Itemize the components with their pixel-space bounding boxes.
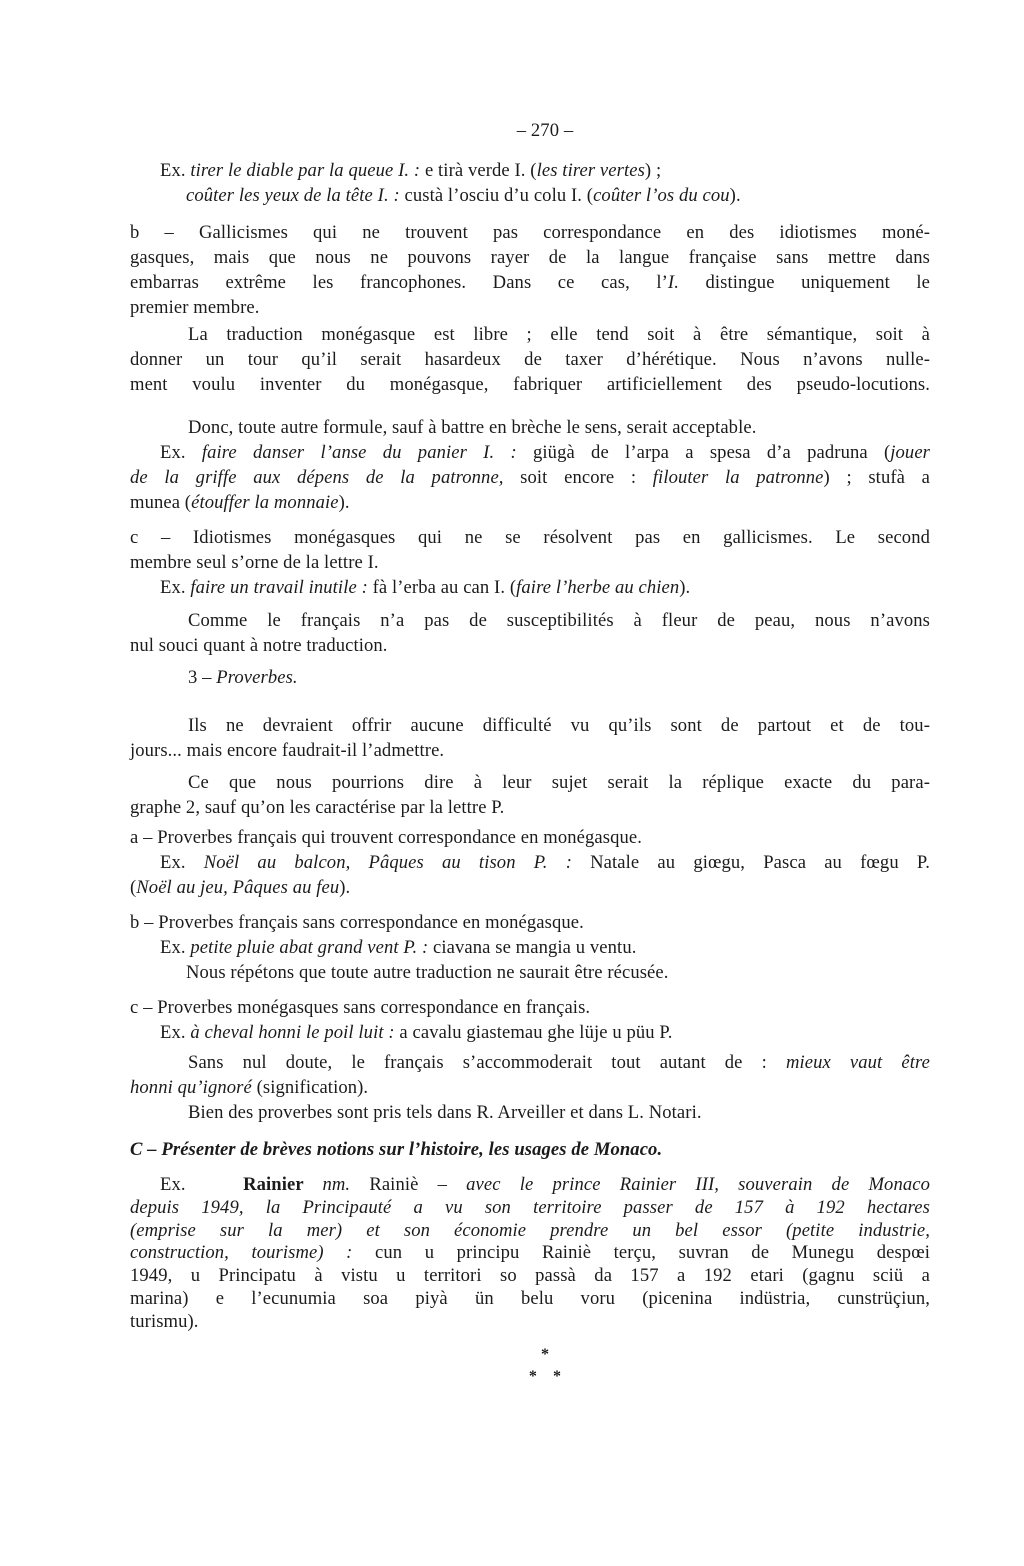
text-run: (signification).: [252, 1077, 368, 1098]
text-line: Ex. Rainier nm. Rainiè – avec le prince …: [130, 1174, 930, 1197]
text-run: Ex.: [160, 937, 190, 958]
text-run: e tirà verde I. (: [425, 160, 537, 181]
text-run: c – Idiotismes monégasques qui ne se rés…: [130, 527, 930, 548]
heading-proverbes: 3 – Proverbes.: [130, 665, 930, 690]
text-run: jours... mais encore faudrait-il l’admet…: [130, 740, 444, 761]
text-line: c – Idiotismes monégasques qui ne se rés…: [130, 525, 930, 550]
text-run: b – Proverbes français sans correspondan…: [130, 912, 584, 933]
text-run: coûter l’os du cou: [593, 185, 730, 206]
text-run: Ils ne devraient offrir aucune difficult…: [188, 715, 930, 736]
text-run: Noël au balcon, Pâques au tison P. :: [204, 852, 572, 873]
text-run: Ex.: [160, 1174, 243, 1195]
text-line: c – Proverbes monégasques sans correspon…: [130, 995, 930, 1020]
text-run: turismu).: [130, 1311, 199, 1332]
text-run: *: [541, 1346, 549, 1363]
text-run: Donc, toute autre formule, sauf à battre…: [188, 417, 756, 438]
text-run: tirer le diable par la queue I. :: [190, 160, 425, 181]
text-run: nm.: [322, 1174, 350, 1195]
text-line: a – Proverbes français qui trouvent corr…: [130, 825, 930, 850]
text-run: Ex.: [160, 442, 202, 463]
text-line: ment voulu inventer du monégasque, fabri…: [130, 372, 930, 397]
page-number: – 270 –: [130, 118, 930, 143]
text-run: donner un tour qu’il serait hasardeux de…: [130, 349, 930, 370]
text-run: petite pluie abat grand vent P. :: [190, 937, 428, 958]
text-run: ) ;: [645, 160, 661, 181]
para-gallicismes: b – Gallicismes qui ne trouvent pas corr…: [130, 220, 930, 320]
text-run: mieux vaut être: [786, 1052, 930, 1073]
text-run: I.: [668, 272, 679, 293]
text-run: membre seul s’orne de la lettre I.: [130, 552, 379, 573]
text-run: premier membre.: [130, 297, 260, 318]
item-proverbes-a: a – Proverbes français qui trouvent corr…: [130, 825, 930, 900]
para-difficulte: Ils ne devraient offrir aucune difficult…: [130, 713, 930, 763]
text-run: étouffer la monnaie: [191, 492, 339, 513]
text-run: b – Gallicismes qui ne trouvent pas corr…: [130, 222, 930, 243]
text-run: ment voulu inventer du monégasque, fabri…: [130, 374, 930, 395]
document-page: – 270 – Ex. tirer le diable par la queue…: [0, 0, 1024, 1566]
para-arveiller-notari: Bien des proverbes sont pris tels dans R…: [130, 1100, 930, 1125]
example-idioms: Ex. tirer le diable par la queue I. : e …: [130, 158, 930, 208]
text-line: C – Présenter de brèves notions sur l’hi…: [130, 1137, 930, 1162]
text-run: La traduction monégasque est libre ; ell…: [188, 324, 930, 345]
text-run: construction, tourisme) :: [130, 1242, 352, 1263]
text-run: filouter la patronne: [653, 467, 824, 488]
text-line: graphe 2, sauf qu’on les caractérise par…: [130, 795, 930, 820]
text-run: Bien des proverbes sont pris tels dans R…: [188, 1102, 702, 1123]
text-line: donner un tour qu’il serait hasardeux de…: [130, 347, 930, 372]
text-run: fà l’erba au can I. (: [368, 577, 516, 598]
text-line: coûter les yeux de la tête I. : custà l’…: [130, 183, 930, 208]
text-line: premier membre.: [130, 295, 930, 320]
text-run: c – Proverbes monégasques sans correspon…: [130, 997, 590, 1018]
text-run: soit encore :: [504, 467, 653, 488]
heading-histoire-monaco: C – Présenter de brèves notions sur l’hi…: [130, 1137, 930, 1162]
text-run: faire l’herbe au chien: [516, 577, 679, 598]
item-proverbes-c: c – Proverbes monégasques sans correspon…: [130, 995, 930, 1045]
para-susceptibilites: Comme le français n’a pas de susceptibil…: [130, 608, 930, 658]
text-run: (emprise sur la mer) et son économie pre…: [130, 1220, 930, 1241]
text-line: Ce que nous pourrions dire à leur sujet …: [130, 770, 930, 795]
text-line: Ex. faire un travail inutile : fà l’erba…: [130, 575, 930, 600]
text-run: custà l’osciu d’u colu I. (: [404, 185, 593, 206]
text-run: ) ; stufà a: [824, 467, 930, 488]
text-run: graphe 2, sauf qu’on les caractérise par…: [130, 797, 504, 818]
text-run: Natale au giœgu, Pasca au fœgu P.: [572, 852, 930, 873]
text-run: Ex.: [160, 852, 204, 873]
footer-ornament: ** *: [130, 1344, 930, 1388]
text-run: Rainiè –: [350, 1174, 466, 1195]
text-run: Noël au jeu, Pâques au feu: [136, 877, 339, 898]
text-line: Comme le français n’a pas de susceptibil…: [130, 608, 930, 633]
text-line: *: [130, 1344, 930, 1366]
text-run: 1949, u Principatu à vistu u territori s…: [130, 1265, 930, 1286]
text-run: C – Présenter de brèves notions sur l’hi…: [130, 1139, 662, 1160]
text-line: honni qu’ignoré (signification).: [130, 1075, 930, 1100]
text-line: depuis 1949, la Principauté a vu son ter…: [130, 1197, 930, 1220]
text-line: b – Gallicismes qui ne trouvent pas corr…: [130, 220, 930, 245]
text-line: Ex. faire danser l’anse du panier I. : g…: [130, 440, 930, 465]
text-run: à cheval honni le poil luit :: [190, 1022, 394, 1043]
text-run: distingue uniquement le: [679, 272, 930, 293]
para-accommoderait: Sans nul doute, le français s’accommoder…: [130, 1050, 930, 1100]
page-content: – 270 – Ex. tirer le diable par la queue…: [130, 0, 930, 1388]
text-line: 3 – Proverbes.: [130, 665, 930, 690]
text-line: b – Proverbes français sans correspondan…: [130, 910, 930, 935]
text-run: munea (: [130, 492, 191, 513]
text-run: ciavana se mangia u ventu.: [428, 937, 636, 958]
para-idiotismes-monegasques: c – Idiotismes monégasques qui ne se rés…: [130, 525, 930, 600]
text-run: Ex.: [160, 1022, 190, 1043]
para-replique: Ce que nous pourrions dire à leur sujet …: [130, 770, 930, 820]
text-run: ).: [339, 877, 350, 898]
text-line: Ex. petite pluie abat grand vent P. : ci…: [130, 935, 930, 960]
text-line: turismu).: [130, 1311, 930, 1334]
para-rainier: Ex. Rainier nm. Rainiè – avec le prince …: [130, 1174, 930, 1334]
text-line: de la griffe aux dépens de la patronne, …: [130, 465, 930, 490]
text-line: Sans nul doute, le français s’accommoder…: [130, 1050, 930, 1075]
text-run: cun u principu Rainiè terçu, suvran de M…: [352, 1242, 930, 1263]
text-line: Ex. Noël au balcon, Pâques au tison P. :…: [130, 850, 930, 875]
text-run: Ex.: [160, 160, 190, 181]
text-line: munea (étouffer la monnaie).: [130, 490, 930, 515]
text-line: jours... mais encore faudrait-il l’admet…: [130, 738, 930, 763]
text-line: construction, tourisme) : cun u principu…: [130, 1242, 930, 1265]
para-formule: Donc, toute autre formule, sauf à battre…: [130, 415, 930, 515]
text-line: Ex. tirer le diable par la queue I. : e …: [130, 158, 930, 183]
text-run: les tirer vertes: [537, 160, 645, 181]
para-traduction: La traduction monégasque est libre ; ell…: [130, 322, 930, 397]
text-run: nul souci quant à notre traduction.: [130, 635, 388, 656]
text-line: Ils ne devraient offrir aucune difficult…: [130, 713, 930, 738]
text-line: Bien des proverbes sont pris tels dans R…: [130, 1100, 930, 1125]
text-run: honni qu’ignoré: [130, 1077, 252, 1098]
text-line: embarras extrême les francophones. Dans …: [130, 270, 930, 295]
text-line: gasques, mais que nous ne pouvons rayer …: [130, 245, 930, 270]
text-line: Donc, toute autre formule, sauf à battre…: [130, 415, 930, 440]
text-run: Nous répétons que toute autre traduction…: [186, 962, 669, 983]
text-run: * *: [529, 1368, 561, 1385]
text-run: faire un travail inutile :: [190, 577, 368, 598]
text-run: a cavalu giastemau ghe lüje u püu P.: [395, 1022, 673, 1043]
text-run: Comme le français n’a pas de susceptibil…: [188, 610, 930, 631]
text-run: 3 –: [188, 667, 216, 688]
text-run: jouer: [890, 442, 930, 463]
text-run: Rainier: [243, 1174, 322, 1195]
text-run: faire danser l’anse du panier I. :: [202, 442, 517, 463]
text-run: gasques, mais que nous ne pouvons rayer …: [130, 247, 930, 268]
text-run: embarras extrême les francophones. Dans …: [130, 272, 668, 293]
text-run: Proverbes.: [216, 667, 297, 688]
text-run: de la griffe aux dépens de la patronne,: [130, 467, 504, 488]
text-run: ).: [339, 492, 350, 513]
text-line: membre seul s’orne de la lettre I.: [130, 550, 930, 575]
text-run: depuis 1949, la Principauté a vu son ter…: [130, 1197, 930, 1218]
text-line: 1949, u Principatu à vistu u territori s…: [130, 1265, 930, 1288]
text-line: Nous répétons que toute autre traduction…: [130, 960, 930, 985]
text-line: (emprise sur la mer) et son économie pre…: [130, 1220, 930, 1243]
text-run: giügà de l’arpa a spesa d’a padruna (: [517, 442, 891, 463]
text-run: marina) e l’ecunumia soa piyà ün belu vo…: [130, 1288, 930, 1309]
text-line: La traduction monégasque est libre ; ell…: [130, 322, 930, 347]
text-line: * *: [130, 1366, 930, 1388]
text-line: nul souci quant à notre traduction.: [130, 633, 930, 658]
text-line: marina) e l’ecunumia soa piyà ün belu vo…: [130, 1288, 930, 1311]
text-line: Ex. à cheval honni le poil luit : a cava…: [130, 1020, 930, 1045]
text-line: (Noël au jeu, Pâques au feu).: [130, 875, 930, 900]
text-run: ).: [730, 185, 741, 206]
item-proverbes-b: b – Proverbes français sans correspondan…: [130, 910, 930, 985]
text-run: a – Proverbes français qui trouvent corr…: [130, 827, 642, 848]
text-run: coûter les yeux de la tête I. :: [186, 185, 404, 206]
text-run: Ex.: [160, 577, 190, 598]
text-run: Sans nul doute, le français s’accommoder…: [188, 1052, 786, 1073]
text-run: ).: [679, 577, 690, 598]
text-run: Ce que nous pourrions dire à leur sujet …: [188, 772, 930, 793]
text-run: avec le prince Rainier III, souverain de…: [466, 1174, 930, 1195]
